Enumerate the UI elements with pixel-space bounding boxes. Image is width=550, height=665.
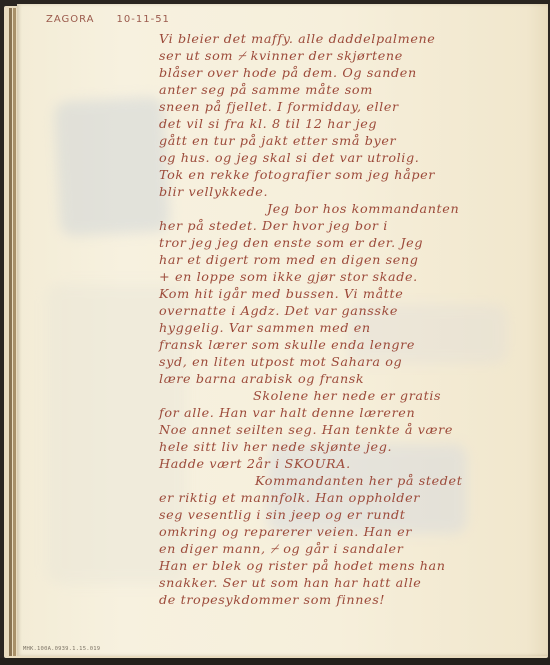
text-line: hyggelig. Var sammen med en — [159, 320, 371, 335]
text-line: de tropesykdommer som finnes! — [159, 592, 385, 607]
text-line: omkring og reparerer veien. Han er — [159, 524, 412, 539]
diary-page: ZAGORA 10-11-51 Vi bleier det maffy. all… — [17, 4, 548, 656]
text-line: det vil si fra kl. 8 til 12 har jeg — [159, 116, 377, 131]
text-line: lære barna arabisk og fransk — [159, 371, 364, 386]
text-line: en diger mann, ⌿ og går i sandaler — [159, 541, 403, 557]
page-edge — [9, 8, 12, 656]
text-line: Hadde vært 2år i SKOURA. — [159, 456, 351, 471]
text-line: overnatte i Agdz. Det var gansske — [159, 303, 398, 318]
text-line: blåser over hode på dem. Og sanden — [159, 65, 417, 80]
text-line: Jeg bor hos kommandanten — [267, 201, 459, 216]
text-line: har et digert rom med en digen seng — [159, 252, 419, 267]
header-place: ZAGORA — [46, 14, 95, 25]
text-line: sneen på fjellet. I formidday, eller — [159, 99, 399, 114]
text-line: her på stedet. Der hvor jeg bor i — [159, 218, 388, 233]
text-line: seg vesentlig i sin jeep og er rundt — [159, 507, 406, 522]
text-line: Skolene her nede er gratis — [253, 388, 441, 403]
text-line: Vi bleier det maffy. alle daddelpalmene — [159, 31, 435, 46]
header-date: 10-11-51 — [117, 14, 170, 25]
text-line: tror jeg jeg den enste som er der. Jeg — [159, 235, 423, 250]
scan-background: ZAGORA 10-11-51 Vi bleier det maffy. all… — [0, 0, 550, 665]
text-line: Kommandanten her på stedet — [255, 473, 462, 488]
catalog-label: MHK.100A.0939.1.15.019 — [23, 646, 100, 652]
text-line: ser ut som ⌿ kvinner der skjørtene — [159, 48, 403, 64]
text-line: Kom hit igår med bussen. Vi måtte — [159, 286, 403, 301]
text-line: er riktig et mannfolk. Han oppholder — [159, 490, 420, 505]
text-line: Noe annet seilten seg. Han tenkte å være — [159, 422, 453, 437]
scan-bottom-edge — [0, 658, 550, 665]
text-line: + en loppe som ikke gjør stor skade. — [159, 269, 418, 284]
page-header: ZAGORA 10-11-51 — [46, 14, 170, 25]
page-edge — [13, 8, 16, 656]
text-line: og hus. og jeg skal si det var utrolig. — [159, 150, 419, 165]
water-stain — [54, 96, 171, 237]
text-line: for alle. Han var halt denne læreren — [159, 405, 415, 420]
text-line: gått en tur på jakt etter små byer — [159, 133, 396, 148]
text-line: Tok en rekke fotografier som jeg håper — [159, 167, 435, 182]
text-line: fransk lærer som skulle enda lengre — [159, 337, 415, 352]
text-line: Han er blek og rister på hodet mens han — [159, 558, 446, 573]
text-line: syd, en liten utpost mot Sahara og — [159, 354, 402, 369]
text-line: blir vellykkede. — [159, 184, 268, 199]
text-line: snakker. Ser ut som han har hatt alle — [159, 575, 421, 590]
text-line: hele sitt liv her nede skjønte jeg. — [159, 439, 392, 454]
text-line: anter seg på samme måte som — [159, 82, 373, 97]
